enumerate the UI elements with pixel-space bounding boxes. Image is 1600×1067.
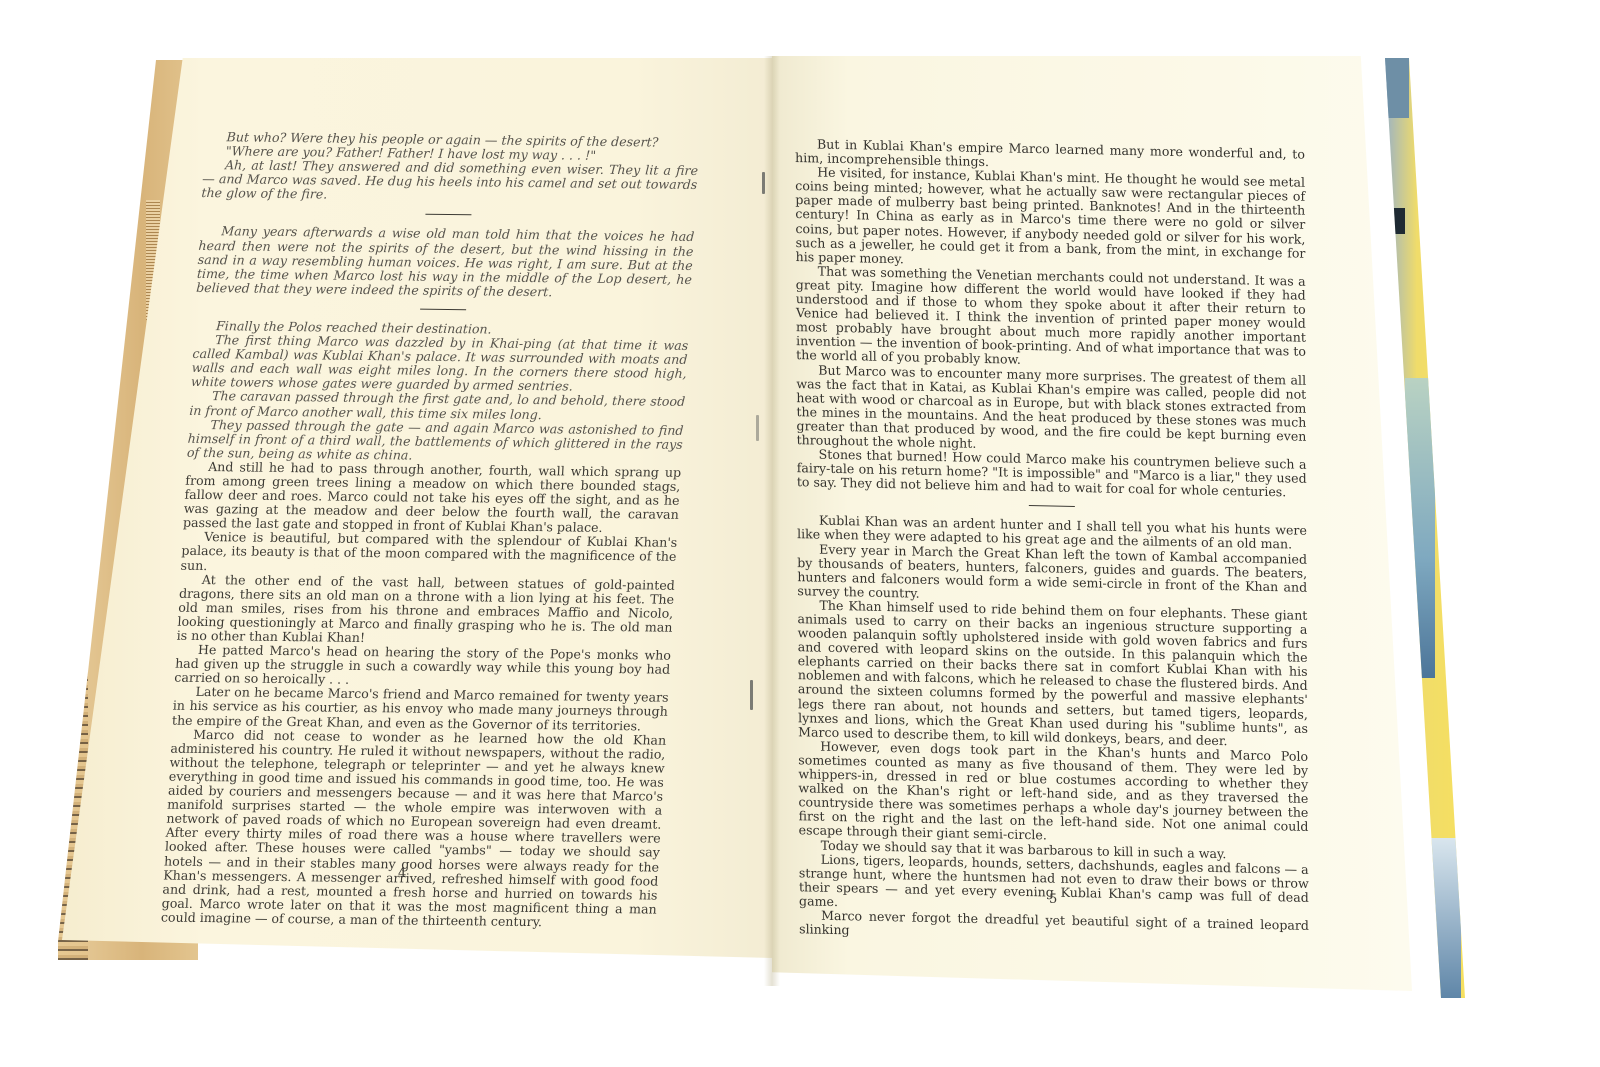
staple-icon [762,172,765,194]
section-divider [420,309,466,311]
left-section-2: Many years afterwards a wise old man tol… [196,224,695,300]
paragraph: The Khan himself used to ride behind the… [797,598,1308,750]
left-section-3: Finally the Polos reached their destinat… [161,319,690,931]
paragraph: Venice is beautiful, but compared with t… [180,530,677,578]
section-divider [425,214,471,216]
paragraph: At the other end of the vast hall, betwe… [176,572,675,648]
section-divider [1029,505,1075,507]
paragraph: He visited, for instance, Kublai Khan's … [795,165,1305,274]
cover-blue-band [1385,58,1409,118]
photo-scene: But who? Were they his people or again —… [0,0,1600,1067]
page-number: 5 [1049,892,1057,907]
paragraph: And still he had to pass through another… [183,460,682,536]
spine-gutter [764,56,780,986]
paragraph: They passed through the gate — and again… [187,417,684,465]
staple-icon [750,680,753,710]
left-page-text: But who? Were they his people or again —… [161,130,700,931]
paragraph: Many years afterwards a wise old man tol… [196,224,695,300]
paragraph: That was something the Venetian merchant… [796,264,1306,373]
paragraph: Stones that burned! How could Marco make… [797,447,1307,500]
left-section-1: But who? Were they his people or again —… [201,130,700,206]
cover-dark-tab [1393,208,1405,234]
right-section-2: Kublai Khan was an ardent hunter and I s… [797,513,1309,947]
paragraph: However, even dogs took part in the Khan… [798,739,1308,848]
paragraph: Ah, at last! They answered and did somet… [201,158,698,206]
paragraph: Later on he became Marco's friend and Ma… [172,685,669,733]
cover-illustration-band-lower [1425,838,1461,998]
right-page-text: But in Kublai Khan's empire Marco learne… [795,137,1309,947]
paragraph: The first thing Marco was dazzled by in … [191,333,689,395]
paragraph: Marco did not cease to wonder as he lear… [161,727,667,930]
paragraph: But Marco was to encounter many more sur… [796,363,1306,458]
paragraph: He patted Marco's head on hearing the st… [174,643,671,691]
cover-illustration-band [1405,378,1435,678]
staple-icon [756,415,759,441]
page-number: 4 [398,866,406,881]
right-section-1: But in Kublai Khan's empire Marco learne… [795,137,1307,500]
